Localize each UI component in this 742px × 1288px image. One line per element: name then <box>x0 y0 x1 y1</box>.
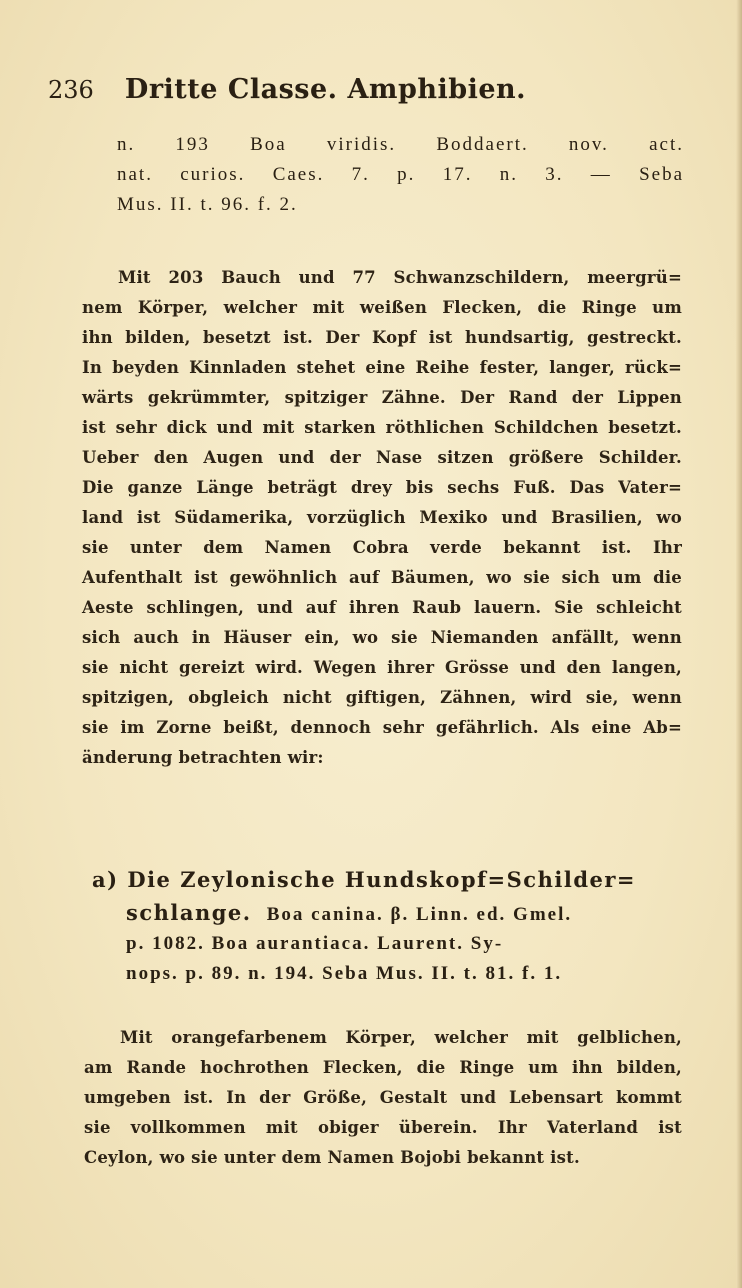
variety-german-name-cont: schlange. <box>126 900 252 925</box>
synonymy-line: nat. curios. Caes. 7. p. 17. n. 3. — Seb… <box>117 160 684 190</box>
variety-paragraph: Mit orangefarbenem Körper, welcher mit g… <box>84 1023 682 1173</box>
text-line: wärts gekrümmter, spitziger Zähne. Der R… <box>82 383 682 413</box>
page-edge <box>736 0 742 1288</box>
variety-german-name: Die Zeylonische Hundskopf=Schilder= <box>127 867 636 892</box>
variety-synonymy-line: p. 1082. Boa aurantiaca. Laurent. Sy- <box>92 929 682 959</box>
text-line: Aeste schlingen, und auf ihren Raub laue… <box>82 593 682 623</box>
text-line: Mit 203 Bauch und 77 Schwanzschildern, m… <box>82 263 682 293</box>
variety-heading-line2: schlange. Boa canina. β. Linn. ed. Gmel. <box>92 897 682 929</box>
text-line: nem Körper, welcher mit weißen Flecken, … <box>82 293 682 323</box>
variety-label: a) <box>92 867 119 892</box>
running-head: 236 Dritte Classe. Amphibien. <box>48 74 608 105</box>
text-line: Ceylon, wo sie unter dem Namen Bojobi be… <box>84 1143 682 1173</box>
variety-synonymy: Boa canina. β. Linn. ed. Gmel. <box>267 904 572 925</box>
variety-synonymy-line: nops. p. 89. n. 194. Seba Mus. II. t. 81… <box>92 959 682 989</box>
synonymy-line: Mus. II. t. 96. f. 2. <box>117 190 684 220</box>
description-paragraph: Mit 203 Bauch und 77 Schwanzschildern, m… <box>82 263 682 773</box>
text-line: Mit orangefarbenem Körper, welcher mit g… <box>84 1023 682 1053</box>
page-number: 236 <box>48 76 94 104</box>
variety-heading-line1: a) Die Zeylonische Hundskopf=Schilder= <box>92 863 682 897</box>
text-line: umgeben ist. In der Größe, Gestalt und L… <box>84 1083 682 1113</box>
text-line: sie im Zorne beißt, dennoch sehr gefährl… <box>82 713 682 743</box>
text-line: ihn bilden, besetzt ist. Der Kopf ist hu… <box>82 323 682 353</box>
synonymy-block: n. 193 Boa viridis. Boddaert. nov. act. … <box>117 130 684 220</box>
text-line: Die ganze Länge beträgt drey bis sechs F… <box>82 473 682 503</box>
book-page: 236 Dritte Classe. Amphibien. n. 193 Boa… <box>0 0 742 1288</box>
synonymy-line: n. 193 Boa viridis. Boddaert. nov. act. <box>117 130 684 160</box>
text-line: Ueber den Augen und der Nase sitzen größ… <box>82 443 682 473</box>
text-line: land ist Südamerika, vorzüglich Mexiko u… <box>82 503 682 533</box>
text-line: sie nicht gereizt wird. Wegen ihrer Grös… <box>82 653 682 683</box>
text-line: sich auch in Häuser ein, wo sie Niemande… <box>82 623 682 653</box>
running-title: Dritte Classe. Amphibien. <box>125 74 526 105</box>
text-line: am Rande hochrothen Flecken, die Ringe u… <box>84 1053 682 1083</box>
text-line: änderung betrachten wir: <box>82 743 682 773</box>
text-line: sie unter dem Namen Cobra verde bekannt … <box>82 533 682 563</box>
text-line: In beyden Kinnladen stehet eine Reihe fe… <box>82 353 682 383</box>
variety-heading: a) Die Zeylonische Hundskopf=Schilder= s… <box>92 863 682 989</box>
text-line: Aufenthalt ist gewöhnlich auf Bäumen, wo… <box>82 563 682 593</box>
text-line: ist sehr dick und mit starken röthlichen… <box>82 413 682 443</box>
text-line: spitzigen, obgleich nicht giftigen, Zähn… <box>82 683 682 713</box>
text-line: sie vollkommen mit obiger überein. Ihr V… <box>84 1113 682 1143</box>
